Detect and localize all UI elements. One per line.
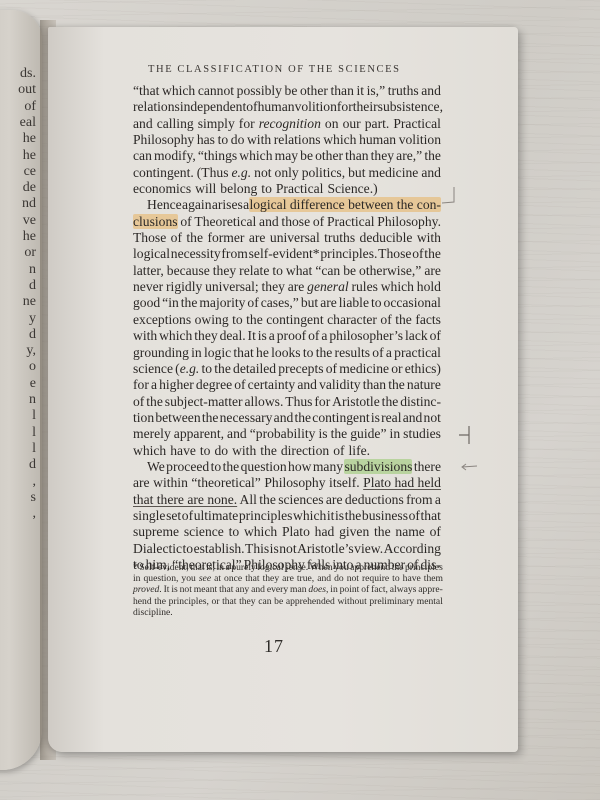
left-page-text-fragment: , bbox=[33, 475, 37, 489]
left-page-text-fragment: of bbox=[24, 100, 36, 114]
left-page-text-fragment: ne bbox=[23, 295, 36, 309]
pencil-underline: Plato had held bbox=[363, 475, 441, 490]
left-page-text-fragment: s bbox=[31, 491, 36, 505]
left-page-text-fragment: d bbox=[29, 458, 36, 472]
text-line: contingent.(Thuse.g.notonlypolitics,butm… bbox=[133, 165, 441, 181]
left-page-text-fragment: d bbox=[29, 328, 36, 342]
left-page-text-fragment: or bbox=[24, 246, 36, 260]
highlight-green: subdivisions bbox=[344, 459, 412, 474]
text-line: singlesetofultimateprincipleswhichitisth… bbox=[133, 508, 441, 524]
footnote: *Self-evident,thatis,inapurelylogicalsen… bbox=[133, 562, 443, 618]
text-line: economicswillbelongtoPracticalScience.) bbox=[133, 181, 441, 197]
left-page-edge: ds.outofealhehecedendveheorndneydy,oenll… bbox=[0, 10, 42, 770]
text-line: supremesciencetowhichPlatohadgiventhenam… bbox=[133, 524, 441, 540]
left-page-text-fragment: l bbox=[32, 409, 36, 423]
text-line: andcallingsimplyforrecognitiononourpart.… bbox=[133, 116, 441, 132]
footnote-line: inquestion,youseeatoncethattheyaretrue,a… bbox=[133, 573, 443, 584]
page-number: 17 bbox=[264, 636, 284, 657]
text-line: forahigherdegreeofcertaintyandvalidityth… bbox=[133, 377, 441, 393]
text-line: canmodify,“thingswhichmaybeotherthanthey… bbox=[133, 148, 441, 164]
text-line: merelyapparent,and“probabilityistheguide… bbox=[133, 426, 441, 442]
running-head: THE CLASSIFICATION OF THE SCIENCES bbox=[148, 64, 448, 75]
left-page-text-fragment: nd bbox=[22, 197, 36, 211]
text-line: groundinginlogicthathelookstotheresultso… bbox=[133, 345, 441, 361]
text-line: Thoseoftheformerareuniversaltruthsdeduci… bbox=[133, 230, 441, 246]
left-page-text-fragment: ds. bbox=[20, 67, 36, 81]
text-line: neverrigidlyuniversal;theyaregeneralrule… bbox=[133, 279, 441, 295]
text-line: science(e.g.tothedetailedpreceptsofmedic… bbox=[133, 361, 441, 377]
body-text: “thatwhichcannotpossiblybeotherthanitis,… bbox=[133, 83, 441, 573]
footnote-line: discipline. bbox=[133, 607, 443, 618]
pencil-bracket-mark bbox=[440, 186, 460, 208]
left-page-text-fragment: , bbox=[33, 507, 37, 521]
left-page-text-fragment: out bbox=[18, 83, 36, 97]
left-page-text-fragment: de bbox=[23, 181, 36, 195]
text-line: tionbetweenthenecessaryandthecontingenti… bbox=[133, 410, 441, 426]
text-line: Philosophyhastodowithrelationswhichhuman… bbox=[133, 132, 441, 148]
text-line: whichhavetodowiththedirectionoflife. bbox=[133, 443, 441, 459]
left-page-text-fragment: he bbox=[23, 132, 36, 146]
left-page-text-fragment: ce bbox=[24, 165, 36, 179]
footnote-line: proved.Itisnotmeantthatanyandeverymandoe… bbox=[133, 584, 443, 595]
left-page-text-fragment: o bbox=[29, 360, 36, 374]
text-line: exceptionsowingtothecontingentcharactero… bbox=[133, 312, 441, 328]
highlight-orange: logical difference between the con- bbox=[249, 197, 440, 212]
text-line: Dialectictoestablish.ThisisnotAristotle’… bbox=[133, 541, 441, 557]
text-line: Weproceedtothequestionhowmanysubdivision… bbox=[133, 459, 441, 475]
pencil-underline: that there are none. bbox=[133, 492, 237, 507]
text-line: relationsindependentofhumanvolitionforth… bbox=[133, 99, 441, 115]
text-line: Henceagainarisesalogical difference betw… bbox=[133, 197, 441, 213]
left-page-text-fragment: l bbox=[32, 426, 36, 440]
left-page-text-fragment: he bbox=[23, 149, 36, 163]
left-page-text-fragment: ve bbox=[23, 214, 36, 228]
pencil-t-mark bbox=[456, 424, 476, 446]
left-page-text-fragment: e bbox=[30, 377, 36, 391]
left-page-text-fragment: he bbox=[23, 230, 36, 244]
footnote-line: hendtheprinciples,orthattheycanbeapprehe… bbox=[133, 596, 443, 607]
pencil-arrow-mark bbox=[459, 461, 479, 473]
left-page-text-fragment: l bbox=[32, 442, 36, 456]
footnote-line: *Self-evident,thatis,inapurelylogicalsen… bbox=[133, 562, 443, 573]
left-page-text-fragment: n bbox=[29, 263, 36, 277]
text-line: ofthesubject-matterallows.ThusforAristot… bbox=[133, 394, 441, 410]
left-page-text-fragment: eal bbox=[20, 116, 36, 130]
left-page-text-fragment: n bbox=[29, 393, 36, 407]
text-line: clusionsofTheoreticalandthoseofPractical… bbox=[133, 214, 441, 230]
left-page-text-fragment: y, bbox=[26, 344, 36, 358]
text-line: that there are none.Allthesciencesareded… bbox=[133, 492, 441, 508]
left-page-text-fragment: d bbox=[29, 279, 36, 293]
left-page-text-fragment: y bbox=[29, 312, 36, 326]
text-line: “thatwhichcannotpossiblybeotherthanitis,… bbox=[133, 83, 441, 99]
text-line: withwhichtheydeal.Itisaproofofaphilosoph… bbox=[133, 328, 441, 344]
text-line: arewithin“theoretical”Philosophyitself.P… bbox=[133, 475, 441, 491]
highlight-orange: clusions bbox=[133, 214, 178, 229]
text-line: latter,becausetheyrelatetowhat“canbeothe… bbox=[133, 263, 441, 279]
text-line: good“inthemajorityofcases,”butareliablet… bbox=[133, 295, 441, 311]
text-line: logicalnecessityfromself-evident*princip… bbox=[133, 246, 441, 262]
